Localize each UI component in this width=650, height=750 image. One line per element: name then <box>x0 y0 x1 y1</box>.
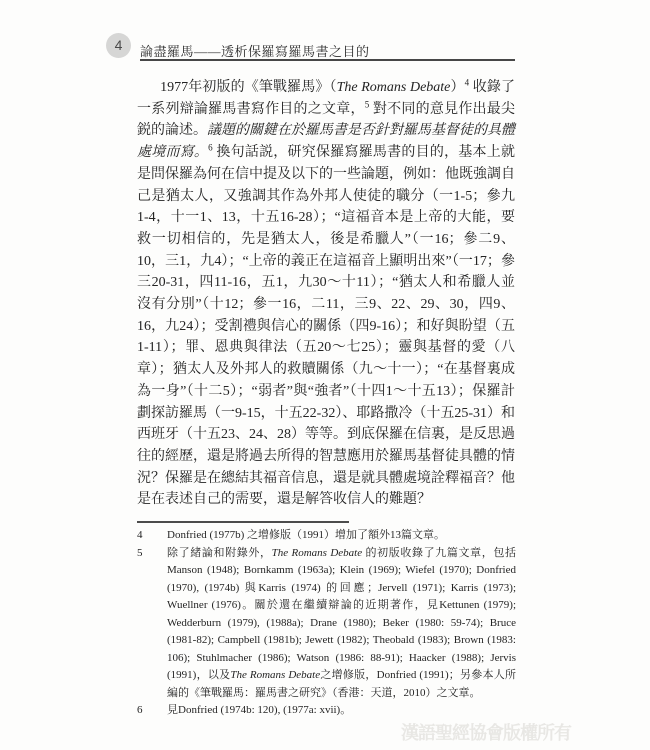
header-rule <box>140 59 515 61</box>
footnote-text: Donfried (1977b) 之增修版（1991）增加了額外13篇文章。 <box>167 527 516 545</box>
footnote-number: 4 <box>137 527 167 545</box>
footnote-text: 除了緒論和附錄外，The Romans Debate 的初版收錄了九篇文章，包括… <box>167 545 516 703</box>
page-number-badge: 4 <box>106 33 131 58</box>
footnote-separator <box>137 521 349 523</box>
footnote-number: 5 <box>137 545 167 703</box>
footnote-text: 見Donfried (1974b: 120), (1977a: xvii)。 <box>167 702 516 720</box>
body-paragraph: 1977年初版的《筆戰羅馬》（The Romans Debate）4 收錄了一系… <box>137 77 515 511</box>
footnote-item: 4 Donfried (1977b) 之增修版（1991）增加了額外13篇文章。 <box>137 527 516 545</box>
footnote-number: 6 <box>137 702 167 720</box>
copyright-watermark: 漢語聖經協會版權所有 <box>401 719 571 745</box>
footnote-item: 6 見Donfried (1974b: 120), (1977a: xvii)。 <box>137 702 516 720</box>
footnote-item: 5 除了緒論和附錄外，The Romans Debate 的初版收錄了九篇文章，… <box>137 545 516 703</box>
footnotes-section: 4 Donfried (1977b) 之增修版（1991）增加了額外13篇文章。… <box>137 527 516 720</box>
running-header-title: 論盡羅馬——透析保羅寫羅馬書之目的 <box>140 41 370 60</box>
book-page: 4 論盡羅馬——透析保羅寫羅馬書之目的 1977年初版的《筆戰羅馬》（The R… <box>0 0 650 750</box>
